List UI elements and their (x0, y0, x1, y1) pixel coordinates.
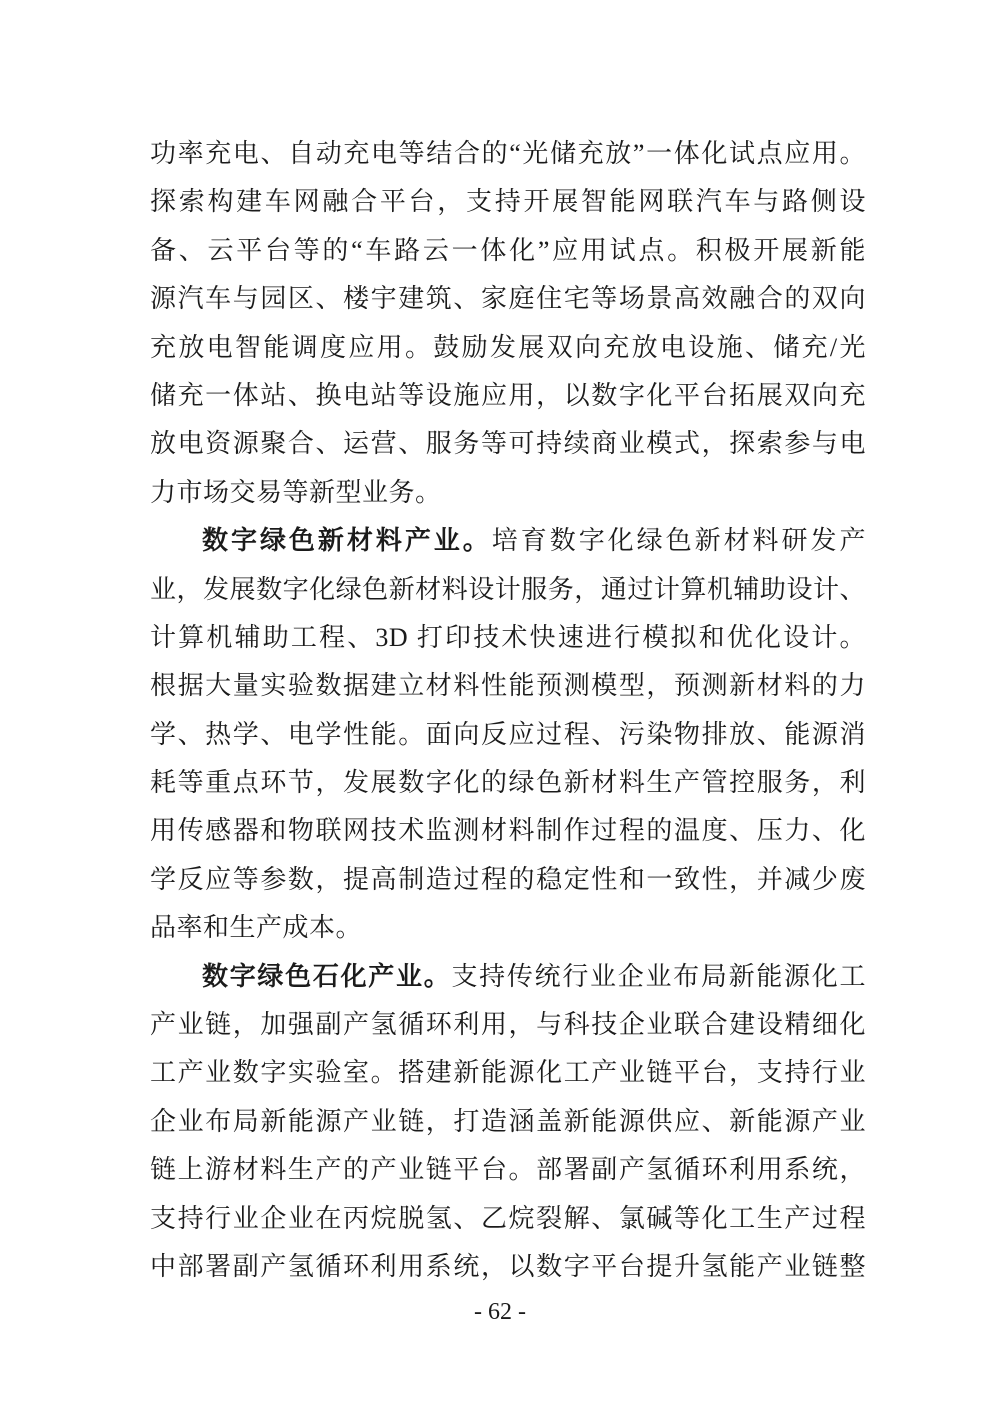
text-line: 产业链，加强副产氢循环利用，与科技企业联合建设精细化 (150, 1001, 866, 1049)
text-line: 根据大量实验数据建立材料性能预测模型，预测新材料的力 (150, 662, 866, 710)
text-line: 充放电智能调度应用。鼓励发展双向充放电设施、储充/光 (150, 324, 866, 372)
page-number: - 62 - (0, 1297, 1000, 1327)
document-page: 功率充电、自动充电等结合的“光储充放”一体化试点应用。 探索构建车网融合平台，支… (0, 0, 1000, 1414)
paragraph-start-line: 数字绿色新材料产业。培育数字化绿色新材料研发产 (150, 517, 866, 565)
text-line: 耗等重点环节，发展数字化的绿色新材料生产管控服务，利 (150, 759, 866, 807)
text-line: 探索构建车网融合平台，支持开展智能网联汽车与路侧设 (150, 178, 866, 226)
text-line: 中部署副产氢循环利用系统，以数字平台提升氢能产业链整 (150, 1243, 866, 1291)
text-run: 培育数字化绿色新材料研发产 (492, 526, 866, 555)
paragraph-end-line: 力市场交易等新型业务。 (150, 469, 866, 517)
text-line: 工产业数字实验室。搭建新能源化工产业链平台，支持行业 (150, 1049, 866, 1097)
text-line: 链上游材料生产的产业链平台。部署副产氢循环利用系统， (150, 1146, 866, 1194)
text-line: 学、热学、电学性能。面向反应过程、污染物排放、能源消 (150, 711, 866, 759)
text-line: 用传感器和物联网技术监测材料制作过程的温度、压力、化 (150, 807, 866, 855)
section-heading-new-materials: 数字绿色新材料产业。 (202, 526, 492, 555)
text-line: 学反应等参数，提高制造过程的稳定性和一致性，并减少废 (150, 856, 866, 904)
text-run: 支持传统行业企业布局新能源化工 (451, 962, 866, 991)
section-heading-petrochemical: 数字绿色石化产业。 (202, 962, 451, 991)
text-line: 备、云平台等的“车路云一体化”应用试点。积极开展新能 (150, 227, 866, 275)
text-line: 支持行业企业在丙烷脱氢、乙烷裂解、氯碱等化工生产过程 (150, 1195, 866, 1243)
text-line: 计算机辅助工程、3D 打印技术快速进行模拟和优化设计。 (150, 614, 866, 662)
paragraph-start-line: 数字绿色石化产业。支持传统行业企业布局新能源化工 (150, 953, 866, 1001)
text-line: 功率充电、自动充电等结合的“光储充放”一体化试点应用。 (150, 130, 866, 178)
text-line: 企业布局新能源产业链，打造涵盖新能源供应、新能源产业 (150, 1098, 866, 1146)
text-line: 业，发展数字化绿色新材料设计服务，通过计算机辅助设计、 (150, 566, 866, 614)
paragraph-end-line: 品率和生产成本。 (150, 904, 866, 952)
text-line: 放电资源聚合、运营、服务等可持续商业模式，探索参与电 (150, 420, 866, 468)
text-line: 储充一体站、换电站等设施应用，以数字化平台拓展双向充 (150, 372, 866, 420)
body-text: 功率充电、自动充电等结合的“光储充放”一体化试点应用。 探索构建车网融合平台，支… (150, 130, 866, 1291)
text-line: 源汽车与园区、楼宇建筑、家庭住宅等场景高效融合的双向 (150, 275, 866, 323)
